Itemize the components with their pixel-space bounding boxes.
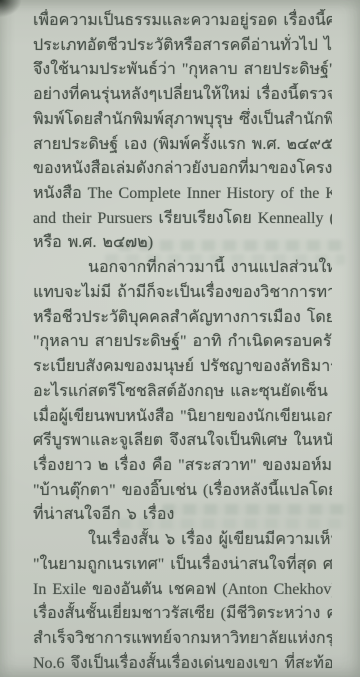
- text-line: สำเร็จวิชาการแพทย์จากมหาวิทยาลัยแห่งกรุง…: [33, 627, 332, 652]
- text-line: "กุหลาบ สายประดิษฐ์" อาทิ กำเนิดครอบครัว…: [33, 330, 332, 355]
- page-text-block: เพื่อความเป็นธรรมและความอยู่รอด เรื่องนี…: [33, 9, 332, 676]
- text-line: เมื่อผู้เขียนพบหนังสือ "นิยายของนักเขียน…: [33, 405, 332, 430]
- text-line: ระเบียบสังคมของมนุษย์ ปรัชญาของลัทธิมาร์…: [33, 355, 332, 380]
- text-line: พิมพ์โดยสำนักพิมพ์สุภาพบุรุษ ซึ่งเป็นสำน…: [33, 108, 332, 133]
- text-line: ที่น่าสนใจอีก ๖ เรื่อง: [33, 503, 332, 528]
- text-line paragraph-start: นอกจากที่กล่าวมานี้ งานแปลส่วนใหญ่ของศรี…: [33, 256, 332, 281]
- text-line: and their Pursuers เรียบเรียงโดย Kenneal…: [33, 207, 332, 232]
- text-line: แทบจะไม่มี ถ้ามีก็จะเป็นเรื่องของวิชาการ…: [33, 281, 332, 306]
- text-line: "บ้านตุ๊กตา" ของอิ๊บเช่น (เรื่องหลังนี้แ…: [33, 479, 332, 504]
- text-line: No.6 จึงเป็นเรื่องสั้นเรื่องเด่นของเขา ท…: [33, 652, 332, 677]
- text-line: อะไรแก่สตรีโซชลิสต์อังกฤษ และซุนยัดเซ็น …: [33, 380, 332, 405]
- text-line: อย่างที่คนรุ่นหลังๆเปลี่ยนให้ใหม่ เรื่อง…: [33, 83, 332, 108]
- text-line: หรือ พ.ศ. ๒๔๗๒): [33, 231, 332, 256]
- text-line: "ในยามถูกเนรเทศ" เป็นเรื่องน่าสนใจที่สุด…: [33, 553, 332, 578]
- text-line: เพื่อความเป็นธรรมและความอยู่รอด เรื่องนี…: [33, 9, 332, 34]
- book-page: เพื่อความเป็นธรรมและความอยู่รอด เรื่องนี…: [0, 0, 360, 677]
- text-line: จึงใช้นามประพันธ์ว่า "กุหลาบ สายประดิษฐ์…: [33, 58, 332, 83]
- text-line: ของหนังสือเล่มดังกล่าวยังบอกที่มาของโครง…: [33, 157, 332, 182]
- text-line: ศรีบูรพาและจูเลียต จึงสนใจเป็นพิเศษ ในหน…: [33, 429, 332, 454]
- text-line: In Exile ของอันตัน เชคอฟ (Anton Chekhov)…: [33, 578, 332, 603]
- text-line: เรื่องยาว ๒ เรื่อง คือ "สระสวาท" ของมอห์…: [33, 454, 332, 479]
- text-line: เรื่องสั้นชั้นเยี่ยมชาวรัสเซีย (มีชีวิตร…: [33, 602, 332, 627]
- text-line: หรือชีวประวัติบุคคลสำคัญทางการเมือง โดยใ…: [33, 306, 332, 331]
- text-line: หนังสือ The Complete Inner History of th…: [33, 182, 332, 207]
- text-line paragraph-start: ในเรื่องสั้น ๖ เรื่อง ผู้เขียนมีความเห็น…: [33, 528, 332, 553]
- text-line: สายประดิษฐ์ เอง (พิมพ์ครั้งแรก พ.ศ. ๒๔๙๕…: [33, 133, 332, 158]
- text-line: ประเภทอัตชีวประวัติหรือสารคดีอ่านทั่วไป …: [33, 34, 332, 59]
